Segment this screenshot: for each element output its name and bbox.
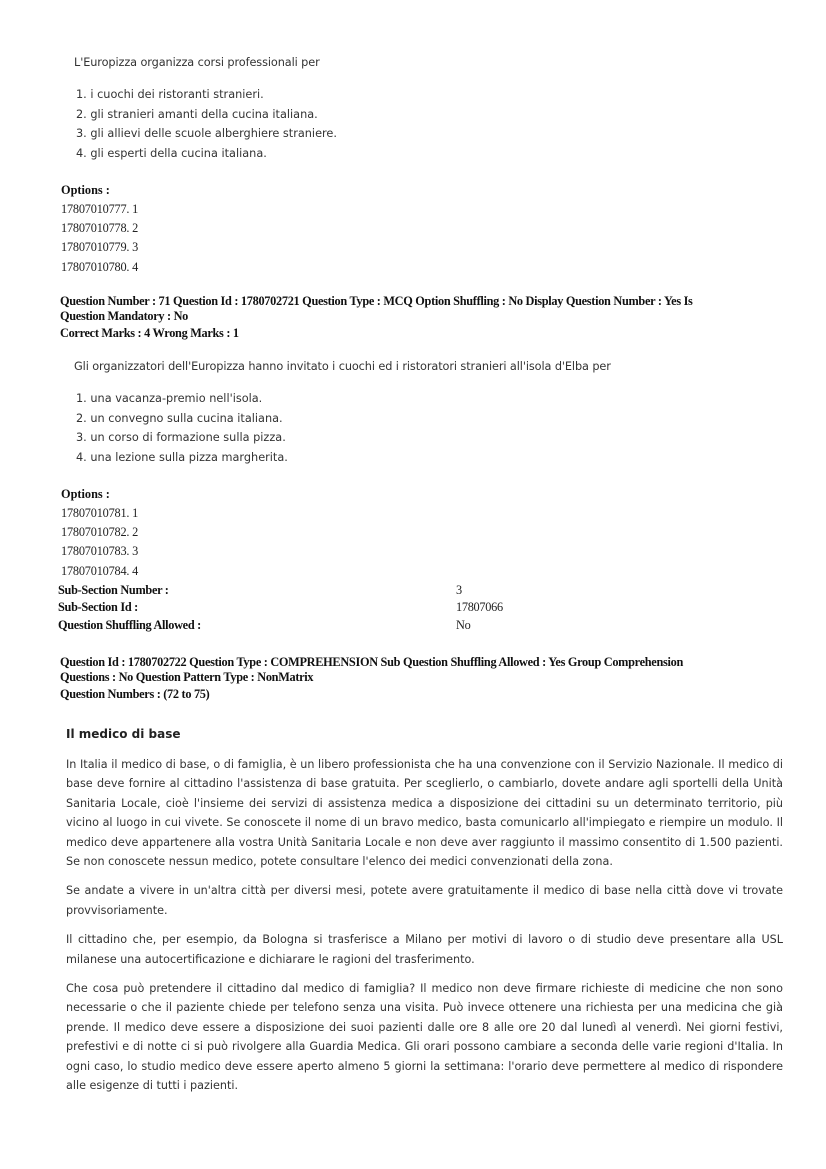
question-70-choices: 1. i cuochi dei ristoranti stranieri. 2.…: [76, 85, 337, 163]
question-70-stem: L'Europizza organizza corsi professional…: [74, 56, 320, 69]
question-71-options: 17807010781. 1 17807010782. 2 1780701078…: [61, 504, 138, 581]
question-71-meta-line: Question Mandatory : No: [60, 309, 780, 324]
choice-item: 1. una vacanza-premio nell'isola.: [76, 389, 288, 409]
question-71-meta-line: Question Number : 71 Question Id : 17807…: [60, 294, 780, 309]
choice-item: 4. gli esperti della cucina italiana.: [76, 144, 337, 164]
choice-item: 3. gli allievi delle scuole alberghiere …: [76, 124, 337, 144]
options-label: Options :: [61, 183, 110, 198]
comprehension-meta: Question Id : 1780702722 Question Type :…: [60, 655, 780, 702]
passage-paragraph: Che cosa può pretendere il cittadino dal…: [66, 979, 783, 1095]
sub-section-number-value: 3: [456, 583, 462, 598]
question-71-meta: Question Number : 71 Question Id : 17807…: [60, 294, 780, 324]
choice-item: 2. gli stranieri amanti della cucina ita…: [76, 105, 337, 125]
question-shuffling-label: Question Shuffling Allowed :: [58, 618, 201, 633]
question-71-stem: Gli organizzatori dell'Europizza hanno i…: [74, 360, 611, 373]
option-item: 17807010781. 1: [61, 504, 138, 523]
option-item: 17807010777. 1: [61, 200, 138, 219]
question-70-options: 17807010777. 1 17807010778. 2 1780701077…: [61, 200, 138, 277]
option-item: 17807010783. 3: [61, 542, 138, 561]
options-label: Options :: [61, 487, 110, 502]
passage-paragraph: Il cittadino che, per esempio, da Bologn…: [66, 930, 783, 969]
option-item: 17807010784. 4: [61, 562, 138, 581]
sub-section-number-label: Sub-Section Number :: [58, 583, 169, 598]
choice-item: 3. un corso di formazione sulla pizza.: [76, 428, 288, 448]
question-shuffling-row: Question Shuffling Allowed : No: [58, 618, 758, 635]
question-shuffling-value: No: [456, 618, 470, 633]
sub-section-id-value: 17807066: [456, 600, 503, 615]
question-71-marks: Correct Marks : 4 Wrong Marks : 1: [60, 326, 239, 341]
passage-paragraph: Se andate a vivere in un'altra città per…: [66, 881, 783, 920]
passage-paragraph: In Italia il medico di base, o di famigl…: [66, 755, 783, 871]
passage-body: In Italia il medico di base, o di famigl…: [66, 755, 783, 1106]
question-71-choices: 1. una vacanza-premio nell'isola. 2. un …: [76, 389, 288, 467]
choice-item: 1. i cuochi dei ristoranti stranieri.: [76, 85, 337, 105]
choice-item: 2. un convegno sulla cucina italiana.: [76, 409, 288, 429]
comprehension-meta-line: Question Id : 1780702722 Question Type :…: [60, 655, 780, 670]
comprehension-question-numbers: Question Numbers : (72 to 75): [60, 687, 780, 702]
option-item: 17807010778. 2: [61, 219, 138, 238]
option-item: 17807010782. 2: [61, 523, 138, 542]
passage-title: Il medico di base: [66, 727, 181, 741]
choice-item: 4. una lezione sulla pizza margherita.: [76, 448, 288, 468]
sub-section-id-row: Sub-Section Id : 17807066: [58, 600, 758, 617]
option-item: 17807010779. 3: [61, 238, 138, 257]
sub-section-id-label: Sub-Section Id :: [58, 600, 138, 615]
option-item: 17807010780. 4: [61, 258, 138, 277]
sub-section-number-row: Sub-Section Number : 3: [58, 583, 758, 600]
comprehension-meta-line: Questions : No Question Pattern Type : N…: [60, 670, 780, 685]
